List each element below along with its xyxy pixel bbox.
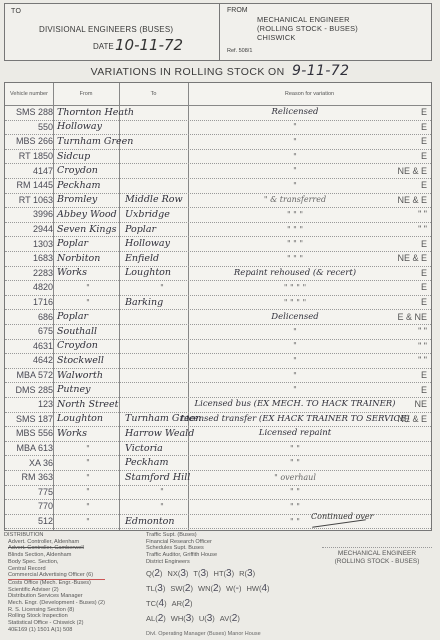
- engineer-code: E: [345, 266, 427, 281]
- engineer-code: E: [345, 280, 427, 295]
- vehicle-number: 1683: [5, 251, 53, 266]
- garage-code-line: TL(3)SW(2)WN(2)W(-)HW(4): [146, 581, 275, 596]
- distribution-item: District Engineers: [146, 559, 217, 566]
- from-location: ": [57, 280, 119, 295]
- from-location: Loughton: [57, 412, 119, 427]
- distribution-item: Commercial Advertising Officer (6): [8, 572, 105, 580]
- engineer-code: E & NE: [345, 309, 427, 324]
- engineer-code: E: [345, 120, 427, 135]
- table-row: XA 36"Peckham" ": [5, 455, 431, 471]
- vehicle-number: MBA 572: [5, 368, 53, 383]
- vehicle-number: MBA 613: [5, 441, 53, 456]
- vehicle-number: XA 36: [5, 455, 53, 470]
- signature-line: MECHANICAL ENGINEER: [322, 550, 432, 558]
- vehicle-number: 2944: [5, 222, 53, 237]
- distribution-item: Scientific Adviser (2): [8, 587, 105, 594]
- garage-code: R(3): [239, 569, 255, 578]
- table-row: 2283WorksLoughtonRepaint rehoused (& rec…: [5, 266, 431, 282]
- garage-code: U(3): [199, 614, 215, 623]
- from-org-line: (ROLLING STOCK - BUSES): [257, 24, 358, 33]
- garage-code: T(3): [193, 569, 208, 578]
- distribution-item: R. S. Licensing Section (8): [8, 607, 105, 614]
- to-department: DIVISIONAL ENGINEERS (BUSES): [39, 25, 173, 34]
- to-location: [125, 309, 199, 324]
- table-row: 123North StreetLicensed bus (EX MECH. TO…: [5, 397, 431, 413]
- engineer-code: NE: [345, 397, 427, 412]
- vehicle-number: 512: [5, 514, 53, 529]
- to-location: Victoria: [125, 441, 199, 456]
- garage-code: HW(4): [246, 584, 269, 593]
- to-location: ": [125, 499, 199, 514]
- from-location: ": [57, 499, 119, 514]
- distribution-left-list: Advert. Controller, AldenhamAdvert. Cont…: [4, 539, 105, 634]
- table-row: 4631Croydon"" ": [5, 339, 431, 355]
- from-location: Norbiton: [57, 251, 119, 266]
- column-header-vehicle: Vehicle number: [9, 83, 49, 105]
- distribution-item: 40E169 (1) 1501 A(1) 508: [8, 627, 105, 634]
- distribution-list: DISTRIBUTION Advert. Controller, Aldenha…: [4, 532, 105, 634]
- from-location: Putney: [57, 382, 119, 397]
- engineer-code: [345, 485, 427, 500]
- from-location: ": [57, 295, 119, 310]
- vehicle-number: 2283: [5, 266, 53, 281]
- to-location: Harrow Weald: [125, 426, 199, 441]
- engineer-code: E: [345, 105, 427, 120]
- garage-code-label: WN: [198, 584, 211, 593]
- from-location: ": [57, 441, 119, 456]
- table-row: RT 1850Sidcup"E: [5, 149, 431, 165]
- to-location: ": [125, 485, 199, 500]
- from-location: Thornton Heath: [57, 105, 119, 120]
- vehicle-number: RM 363: [5, 470, 53, 485]
- garage-code-label: TL: [146, 584, 155, 593]
- from-location: Poplar: [57, 236, 119, 251]
- table-row: SMS 288Thornton HeathRelicensedE: [5, 105, 431, 121]
- to-location: [125, 368, 199, 383]
- memo-header: TO DIVISIONAL ENGINEERS (BUSES) DATE 10-…: [4, 3, 432, 61]
- vehicle-number: RT 1850: [5, 149, 53, 164]
- to-location: [125, 149, 199, 164]
- from-location: Bromley: [57, 193, 119, 208]
- engineer-code: " ": [345, 324, 427, 339]
- vehicle-number: 4820: [5, 280, 53, 295]
- garage-code: HT(3): [214, 569, 235, 578]
- distribution-item: Distribution Services Manager: [8, 593, 105, 600]
- distribution-right-list: Traffic Supt. (Buses)Financial Research …: [146, 532, 217, 566]
- vehicle-number: 686: [5, 309, 53, 324]
- table-row: MBA 613"Victoria" ": [5, 441, 431, 457]
- vehicle-number: 1303: [5, 236, 53, 251]
- from-location: ": [57, 455, 119, 470]
- garage-code: AL(2): [146, 614, 166, 623]
- distribution-item: Mech. Engr. (Development - Buses) (2): [8, 600, 105, 607]
- to-label: TO: [11, 8, 21, 15]
- from-location: Poplar: [57, 309, 119, 324]
- garage-code: Q(2): [146, 569, 162, 578]
- to-location: Edmonton: [125, 514, 199, 529]
- to-location: [125, 120, 199, 135]
- from-location: Walworth: [57, 368, 119, 383]
- from-location: Holloway: [57, 120, 119, 135]
- title-text: VARIATIONS IN ROLLING STOCK ON: [91, 66, 285, 78]
- to-location: Middle Row: [125, 193, 199, 208]
- engineer-code: " ": [345, 207, 427, 222]
- signature-block: MECHANICAL ENGINEER (ROLLING STOCK - BUS…: [322, 547, 432, 566]
- from-location: Turnham Green: [57, 134, 119, 149]
- table-row: 1683NorbitonEnfield" " "NE & E: [5, 251, 431, 267]
- vehicle-number: 770: [5, 499, 53, 514]
- table-header: Vehicle number From To Reason for variat…: [5, 83, 431, 106]
- vehicle-number: 1716: [5, 295, 53, 310]
- garage-code-label: SW: [170, 584, 182, 593]
- table-row: 1303PoplarHolloway" " "E: [5, 236, 431, 252]
- engineer-code: E: [345, 295, 427, 310]
- garage-code-label: AV: [220, 614, 229, 623]
- garage-code-line: AL(2)WH(3)U(3)AV(2): [146, 611, 275, 626]
- distribution-item: Advert. Controller, Aldenham: [8, 539, 105, 546]
- engineer-code: " ": [345, 353, 427, 368]
- variations-table: Vehicle number From To Reason for variat…: [4, 82, 432, 531]
- garage-code-line: TC(4)AR(2): [146, 596, 275, 611]
- distribution-item: Schedules Supt. Buses: [146, 545, 217, 552]
- from-location: Peckham: [57, 178, 119, 193]
- table-row: 675Southall"" ": [5, 324, 431, 340]
- vehicle-number: 4147: [5, 163, 53, 178]
- from-location: Seven Kings: [57, 222, 119, 237]
- garage-code-label: TC: [146, 599, 156, 608]
- vehicle-number: 550: [5, 120, 53, 135]
- garage-code: AV(2): [220, 614, 240, 623]
- engineer-code: NE & E: [345, 163, 427, 178]
- distribution-footnote: Divl. Operating Manager (Buses) Manor Ho…: [146, 631, 261, 637]
- garage-code: TL(3): [146, 584, 165, 593]
- from-location: ": [57, 470, 119, 485]
- vehicle-number: MBS 266: [5, 134, 53, 149]
- from-organization: MECHANICAL ENGINEER (ROLLING STOCK - BUS…: [257, 15, 358, 42]
- table-row: 4147Croydon"NE & E: [5, 163, 431, 179]
- table-row: RM 363"Stamford Hill" overhaul: [5, 470, 431, 486]
- to-location: [125, 134, 199, 149]
- from-location: Works: [57, 426, 119, 441]
- vehicle-number: 4631: [5, 339, 53, 354]
- garage-code: NX(3): [167, 569, 188, 578]
- garage-codes: Q(2)NX(3)T(3)HT(3)R(3)TL(3)SW(2)WN(2)W(-…: [146, 566, 275, 626]
- garage-code: WH(3): [171, 614, 194, 623]
- table-row: MBA 572Walworth"E: [5, 368, 431, 384]
- garage-code: WN(2): [198, 584, 221, 593]
- table-row: MBS 266Turnham Green"E: [5, 134, 431, 150]
- garage-code-label: AR: [172, 599, 182, 608]
- to-location: Enfield: [125, 251, 199, 266]
- distribution-item: Central Record: [8, 566, 105, 573]
- table-row: 550Holloway"E: [5, 120, 431, 136]
- distribution-item: Traffic Auditor, Griffith House: [146, 552, 217, 559]
- to-location: Barking: [125, 295, 199, 310]
- garage-code-label: WH: [171, 614, 184, 623]
- to-location: Peckham: [125, 455, 199, 470]
- distribution-item: Blinds Section, Aldenham: [8, 552, 105, 559]
- from-location: Works: [57, 266, 119, 281]
- table-row: RM 1445Peckham"E: [5, 178, 431, 194]
- column-header-from: From: [53, 83, 119, 105]
- engineer-code: E: [345, 134, 427, 149]
- garage-code-line: Q(2)NX(3)T(3)HT(3)R(3): [146, 566, 275, 581]
- distribution-item: Advert. Controller, Camberwell: [8, 545, 105, 552]
- from-location: ": [57, 485, 119, 500]
- engineer-code: E: [345, 149, 427, 164]
- engineer-code: [345, 441, 427, 456]
- vehicle-number: SMS 288: [5, 105, 53, 120]
- engineer-code: NE & E: [345, 251, 427, 266]
- from-location: ": [57, 514, 119, 529]
- vehicle-number: RM 1445: [5, 178, 53, 193]
- engineer-code: [345, 470, 427, 485]
- table-row: 686PoplarDelicensedE & NE: [5, 309, 431, 325]
- to-location: Uxbridge: [125, 207, 199, 222]
- to-location: [125, 353, 199, 368]
- garage-code: W(-): [226, 584, 241, 593]
- distribution-item: Costs Office (Mech. Engr.-Buses): [8, 580, 105, 587]
- vehicle-number: 4642: [5, 353, 53, 368]
- to-location: ": [125, 280, 199, 295]
- distribution-heading: DISTRIBUTION: [4, 532, 105, 539]
- to-location: [125, 382, 199, 397]
- vehicle-number: 3996: [5, 207, 53, 222]
- garage-code-label: AL: [146, 614, 155, 623]
- engineer-code: " ": [345, 339, 427, 354]
- page-title: VARIATIONS IN ROLLING STOCK ON 9-11-72: [0, 63, 440, 79]
- from-org-line: MECHANICAL ENGINEER: [257, 15, 358, 24]
- from-org-line: CHISWICK: [257, 33, 358, 42]
- from-location: Stockwell: [57, 353, 119, 368]
- from-label: FROM: [227, 7, 248, 14]
- title-date: 9-11-72: [292, 63, 349, 79]
- vehicle-number: DMS 285: [5, 382, 53, 397]
- table-row: 1716"Barking" " " "E: [5, 295, 431, 311]
- engineer-code: [345, 426, 427, 441]
- table-row: 4642Stockwell"" ": [5, 353, 431, 369]
- engineer-code: NE & E: [345, 412, 427, 427]
- from-location: Abbey Wood: [57, 207, 119, 222]
- table-row: 775""" ": [5, 485, 431, 501]
- to-location: Poplar: [125, 222, 199, 237]
- to-location: [125, 324, 199, 339]
- vehicle-number: 123: [5, 397, 53, 412]
- engineer-code: " ": [345, 222, 427, 237]
- to-location: [125, 105, 199, 120]
- table-row: 3996Abbey WoodUxbridge" " "" ": [5, 207, 431, 223]
- table-row: 2944Seven KingsPoplar" " "" ": [5, 222, 431, 238]
- to-location: Stamford Hill: [125, 470, 199, 485]
- distribution-item: Body Spec. Section,: [8, 559, 105, 566]
- distribution-item: Financial Research Officer: [146, 539, 217, 546]
- distribution-item: Statistical Office - Chiswick (2): [8, 620, 105, 627]
- vehicle-number: SMS 187: [5, 412, 53, 427]
- engineer-code: [345, 455, 427, 470]
- from-location: Sidcup: [57, 149, 119, 164]
- table-row: 4820""" " " "E: [5, 280, 431, 296]
- column-header-to: To: [119, 83, 188, 105]
- to-location: Loughton: [125, 266, 199, 281]
- engineer-code: E: [345, 236, 427, 251]
- engineer-code: E: [345, 382, 427, 397]
- from-location: Croydon: [57, 163, 119, 178]
- engineer-code: E: [345, 178, 427, 193]
- to-location: Holloway: [125, 236, 199, 251]
- vehicle-number: MBS 556: [5, 426, 53, 441]
- vehicle-number: 775: [5, 485, 53, 500]
- to-location: [125, 163, 199, 178]
- distribution-item: Rolling Stock Inspection: [8, 613, 105, 620]
- from-location: Southall: [57, 324, 119, 339]
- date-value: 10-11-72: [115, 36, 183, 54]
- garage-code: SW(2): [170, 584, 193, 593]
- distribution-item: Traffic Supt. (Buses): [146, 532, 217, 539]
- garage-code-label: HW: [246, 584, 259, 593]
- engineer-code: E: [345, 368, 427, 383]
- table-row: MBS 556WorksHarrow WealdLicensed repaint: [5, 426, 431, 442]
- vehicle-number: RT 1063: [5, 193, 53, 208]
- table-row: SMS 187LoughtonTurnham GreenLicensed tra…: [5, 412, 431, 428]
- table-row: DMS 285Putney"E: [5, 382, 431, 398]
- from-location: Croydon: [57, 339, 119, 354]
- to-location: [125, 397, 199, 412]
- garage-code: TC(4): [146, 599, 167, 608]
- from-location: North Street: [57, 397, 119, 412]
- to-location: [125, 178, 199, 193]
- vehicle-number: 675: [5, 324, 53, 339]
- date-label: DATE: [93, 42, 114, 51]
- reference-number: Ref. 508/1: [227, 48, 252, 54]
- garage-code-label: HT: [214, 569, 224, 578]
- to-location: [125, 339, 199, 354]
- column-header-reason: Reason for variation: [188, 83, 431, 105]
- header-divider: [219, 4, 220, 60]
- garage-code-label: NX: [167, 569, 177, 578]
- engineer-code: NE & E: [345, 193, 427, 208]
- table-row: RT 1063BromleyMiddle Row" & transferredN…: [5, 193, 431, 209]
- signature-line: (ROLLING STOCK - BUSES): [322, 558, 432, 566]
- garage-code: AR(2): [172, 599, 193, 608]
